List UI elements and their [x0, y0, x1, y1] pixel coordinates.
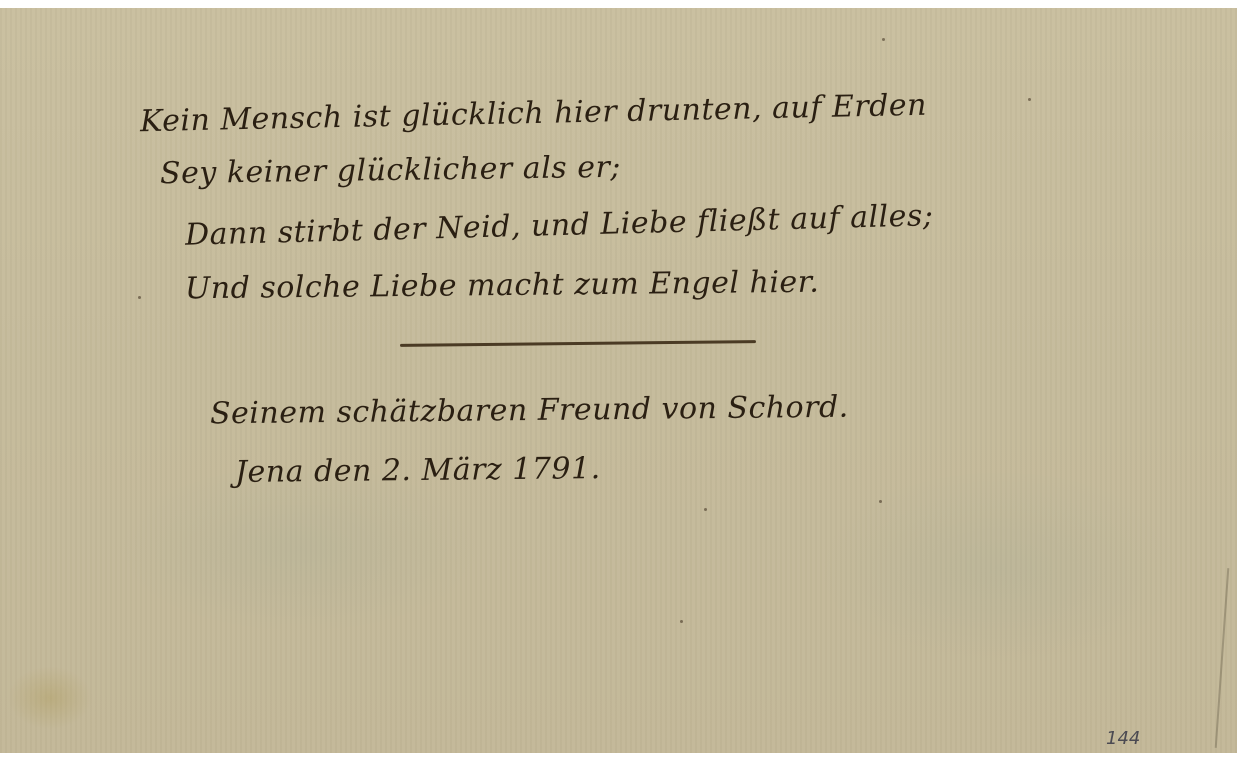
folio-number: 144	[1106, 728, 1140, 749]
ink-speck	[680, 620, 683, 623]
manuscript-page: Kein Mensch ist glücklich hier drunten, …	[0, 8, 1237, 753]
ink-speck	[1028, 98, 1031, 101]
ink-speck	[879, 500, 882, 503]
dedication-line: Seinem schätzbaren Freund von Schord.	[210, 390, 849, 432]
poem-line-2: Sey keiner glücklicher als er;	[160, 150, 621, 191]
poem-line-1: Kein Mensch ist glücklich hier drunten, …	[140, 88, 928, 139]
ink-speck	[704, 508, 707, 511]
ink-speck	[138, 296, 141, 299]
poem-line-4: Und solche Liebe macht zum Engel hier.	[185, 265, 820, 307]
separator-rule	[400, 340, 756, 347]
ink-speck	[882, 38, 885, 41]
paper-edge-mark	[1215, 568, 1230, 748]
place-date-line: Jena den 2. März 1791.	[235, 451, 601, 490]
poem-line-3: Dann stirbt der Neid, und Liebe fließt a…	[185, 198, 934, 253]
